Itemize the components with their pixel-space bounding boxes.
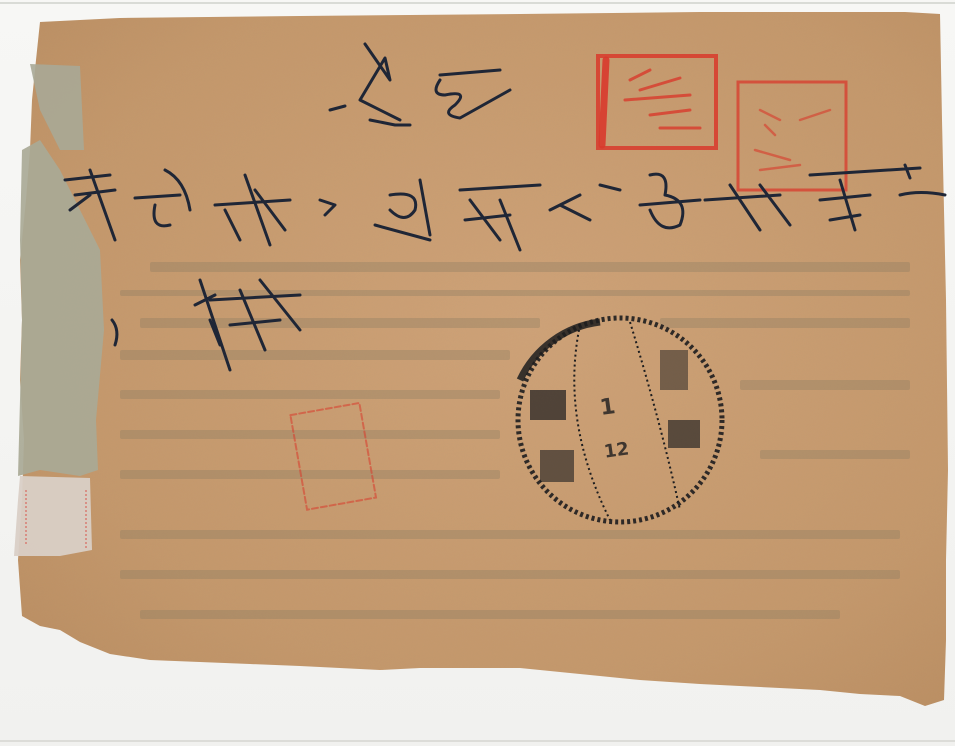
envelope-artwork (0, 0, 955, 746)
envelope: 1 12 (0, 0, 955, 746)
postmark-digit-day: 1 (598, 394, 617, 421)
postmark-digit-month: 12 (603, 438, 631, 462)
